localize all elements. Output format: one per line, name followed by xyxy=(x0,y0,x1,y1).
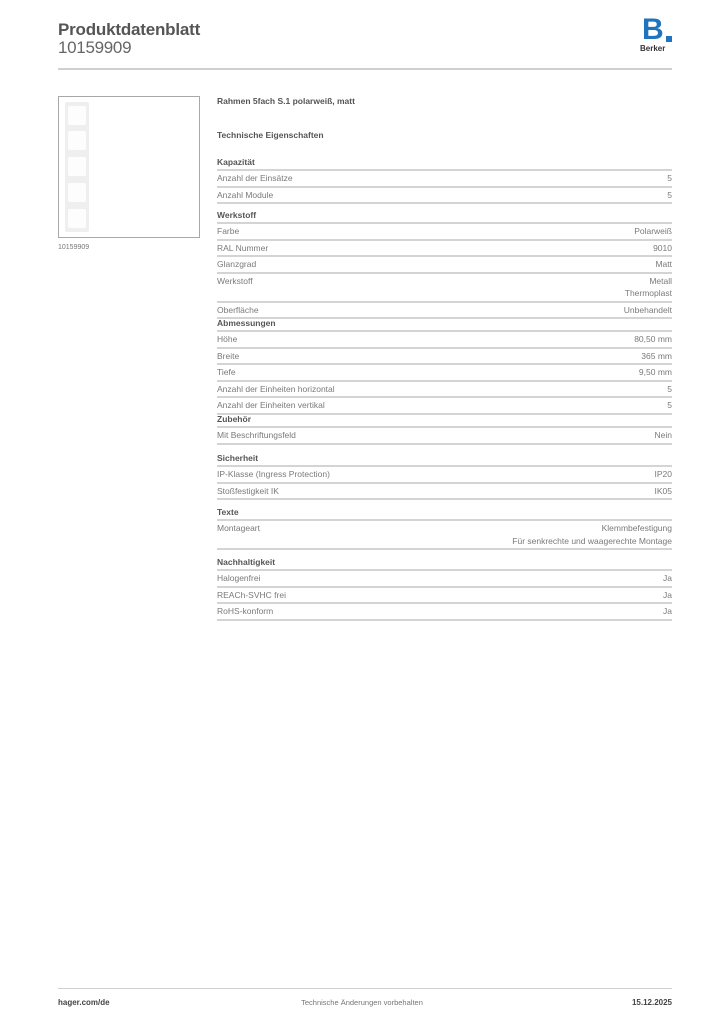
spec-label: Stoßfestigkeit IK xyxy=(217,485,279,498)
spec-value: Ja xyxy=(663,589,672,602)
spec-row: Mit BeschriftungsfeldNein xyxy=(217,428,672,445)
frame-cell xyxy=(68,157,86,176)
spec-label: Farbe xyxy=(217,225,239,238)
spec-section: NachhaltigkeitHalogenfreiJaREACh-SVHC fr… xyxy=(217,556,672,621)
image-caption: 10159909 xyxy=(58,244,89,251)
spec-value: IK05 xyxy=(655,485,673,498)
section-title: Werkstoff xyxy=(217,209,672,224)
brand-letter: B xyxy=(642,16,664,44)
spec-label: RoHS-konform xyxy=(217,605,273,618)
spec-value: 365 mm xyxy=(641,350,672,363)
spec-value: Polarweiß xyxy=(634,225,672,238)
spec-row: REACh-SVHC freiJa xyxy=(217,588,672,605)
frame-5gang-icon xyxy=(65,102,89,232)
section-title: Sicherheit xyxy=(217,452,672,467)
spec-value: Unbehandelt xyxy=(624,304,672,317)
spec-value: 9010 xyxy=(653,242,672,255)
spec-label: Halogenfrei xyxy=(217,572,260,585)
spec-section: TexteMontageartKlemmbefestigung Für senk… xyxy=(217,506,672,550)
section-title: Zubehör xyxy=(217,413,672,428)
document-title: Produktdatenblatt xyxy=(58,20,200,40)
spec-value: Metall Thermoplast xyxy=(625,275,672,300)
spec-section: KapazitätAnzahl der Einsätze5Anzahl Modu… xyxy=(217,156,672,204)
spec-value: 5 xyxy=(667,189,672,202)
spec-label: Montageart xyxy=(217,522,260,547)
spec-value: 5 xyxy=(667,399,672,412)
spec-label: Anzahl der Einheiten horizontal xyxy=(217,383,335,396)
footer-divider xyxy=(58,988,672,989)
spec-label: Anzahl der Einheiten vertikal xyxy=(217,399,325,412)
spec-row: IP-Klasse (Ingress Protection)IP20 xyxy=(217,467,672,484)
spec-label: Glanzgrad xyxy=(217,258,256,271)
spec-row: Höhe80,50 mm xyxy=(217,332,672,349)
footer-date: 15.12.2025 xyxy=(632,998,672,1007)
spec-row: MontageartKlemmbefestigung Für senkrecht… xyxy=(217,521,672,550)
spec-row: HalogenfreiJa xyxy=(217,571,672,588)
spec-label: Mit Beschriftungsfeld xyxy=(217,429,296,442)
spec-row: FarbePolarweiß xyxy=(217,224,672,241)
spec-label: Anzahl Module xyxy=(217,189,273,202)
section-title: Texte xyxy=(217,506,672,521)
spec-section: AbmessungenHöhe80,50 mmBreite365 mmTiefe… xyxy=(217,317,672,415)
spec-label: Breite xyxy=(217,350,239,363)
spec-section: SicherheitIP-Klasse (Ingress Protection)… xyxy=(217,452,672,500)
spec-row: Anzahl der Einheiten horizontal5 xyxy=(217,382,672,399)
section-title: Kapazität xyxy=(217,156,672,171)
logo-dot-icon xyxy=(666,36,672,42)
frame-cell xyxy=(68,106,86,125)
spec-row: Stoßfestigkeit IKIK05 xyxy=(217,484,672,501)
spec-row: Tiefe9,50 mm xyxy=(217,365,672,382)
spec-label: IP-Klasse (Ingress Protection) xyxy=(217,468,330,481)
spec-value: 5 xyxy=(667,172,672,185)
berker-logo: B Berker xyxy=(640,16,674,54)
spec-value: Matt xyxy=(655,258,672,271)
product-image xyxy=(58,96,200,238)
brand-name: Berker xyxy=(640,44,665,54)
spec-label: REACh-SVHC frei xyxy=(217,589,286,602)
spec-row: Anzahl Module5 xyxy=(217,188,672,205)
spec-label: Tiefe xyxy=(217,366,236,379)
spec-section: WerkstoffFarbePolarweißRAL Nummer9010Gla… xyxy=(217,209,672,319)
spec-value: 80,50 mm xyxy=(634,333,672,346)
spec-row: RAL Nummer9010 xyxy=(217,241,672,258)
spec-label: Höhe xyxy=(217,333,237,346)
frame-cell xyxy=(68,131,86,150)
spec-row: RoHS-konformJa xyxy=(217,604,672,621)
spec-section: ZubehörMit BeschriftungsfeldNein xyxy=(217,413,672,445)
spec-value: Ja xyxy=(663,605,672,618)
spec-value: Klemmbefestigung Für senkrechte und waag… xyxy=(512,522,672,547)
spec-row: WerkstoffMetall Thermoplast xyxy=(217,274,672,303)
frame-cell xyxy=(68,209,86,228)
spec-row: Anzahl der Einsätze5 xyxy=(217,171,672,188)
article-number: 10159909 xyxy=(58,38,131,58)
spec-label: Werkstoff xyxy=(217,275,253,300)
spec-row: Breite365 mm xyxy=(217,349,672,366)
spec-value: Nein xyxy=(655,429,672,442)
spec-value: Ja xyxy=(663,572,672,585)
spec-row: GlanzgradMatt xyxy=(217,257,672,274)
spec-label: Oberfläche xyxy=(217,304,259,317)
frame-cell xyxy=(68,183,86,202)
spec-value: IP20 xyxy=(655,468,673,481)
spec-label: Anzahl der Einsätze xyxy=(217,172,293,185)
spec-label: RAL Nummer xyxy=(217,242,268,255)
product-name: Rahmen 5fach S.1 polarweiß, matt xyxy=(217,96,355,106)
footer-disclaimer: Technische Änderungen vorbehalten xyxy=(0,998,724,1007)
header-divider xyxy=(58,68,672,70)
section-title: Nachhaltigkeit xyxy=(217,556,672,571)
spec-value: 9,50 mm xyxy=(639,366,672,379)
technical-properties-heading: Technische Eigenschaften xyxy=(217,130,324,140)
section-title: Abmessungen xyxy=(217,317,672,332)
spec-value: 5 xyxy=(667,383,672,396)
